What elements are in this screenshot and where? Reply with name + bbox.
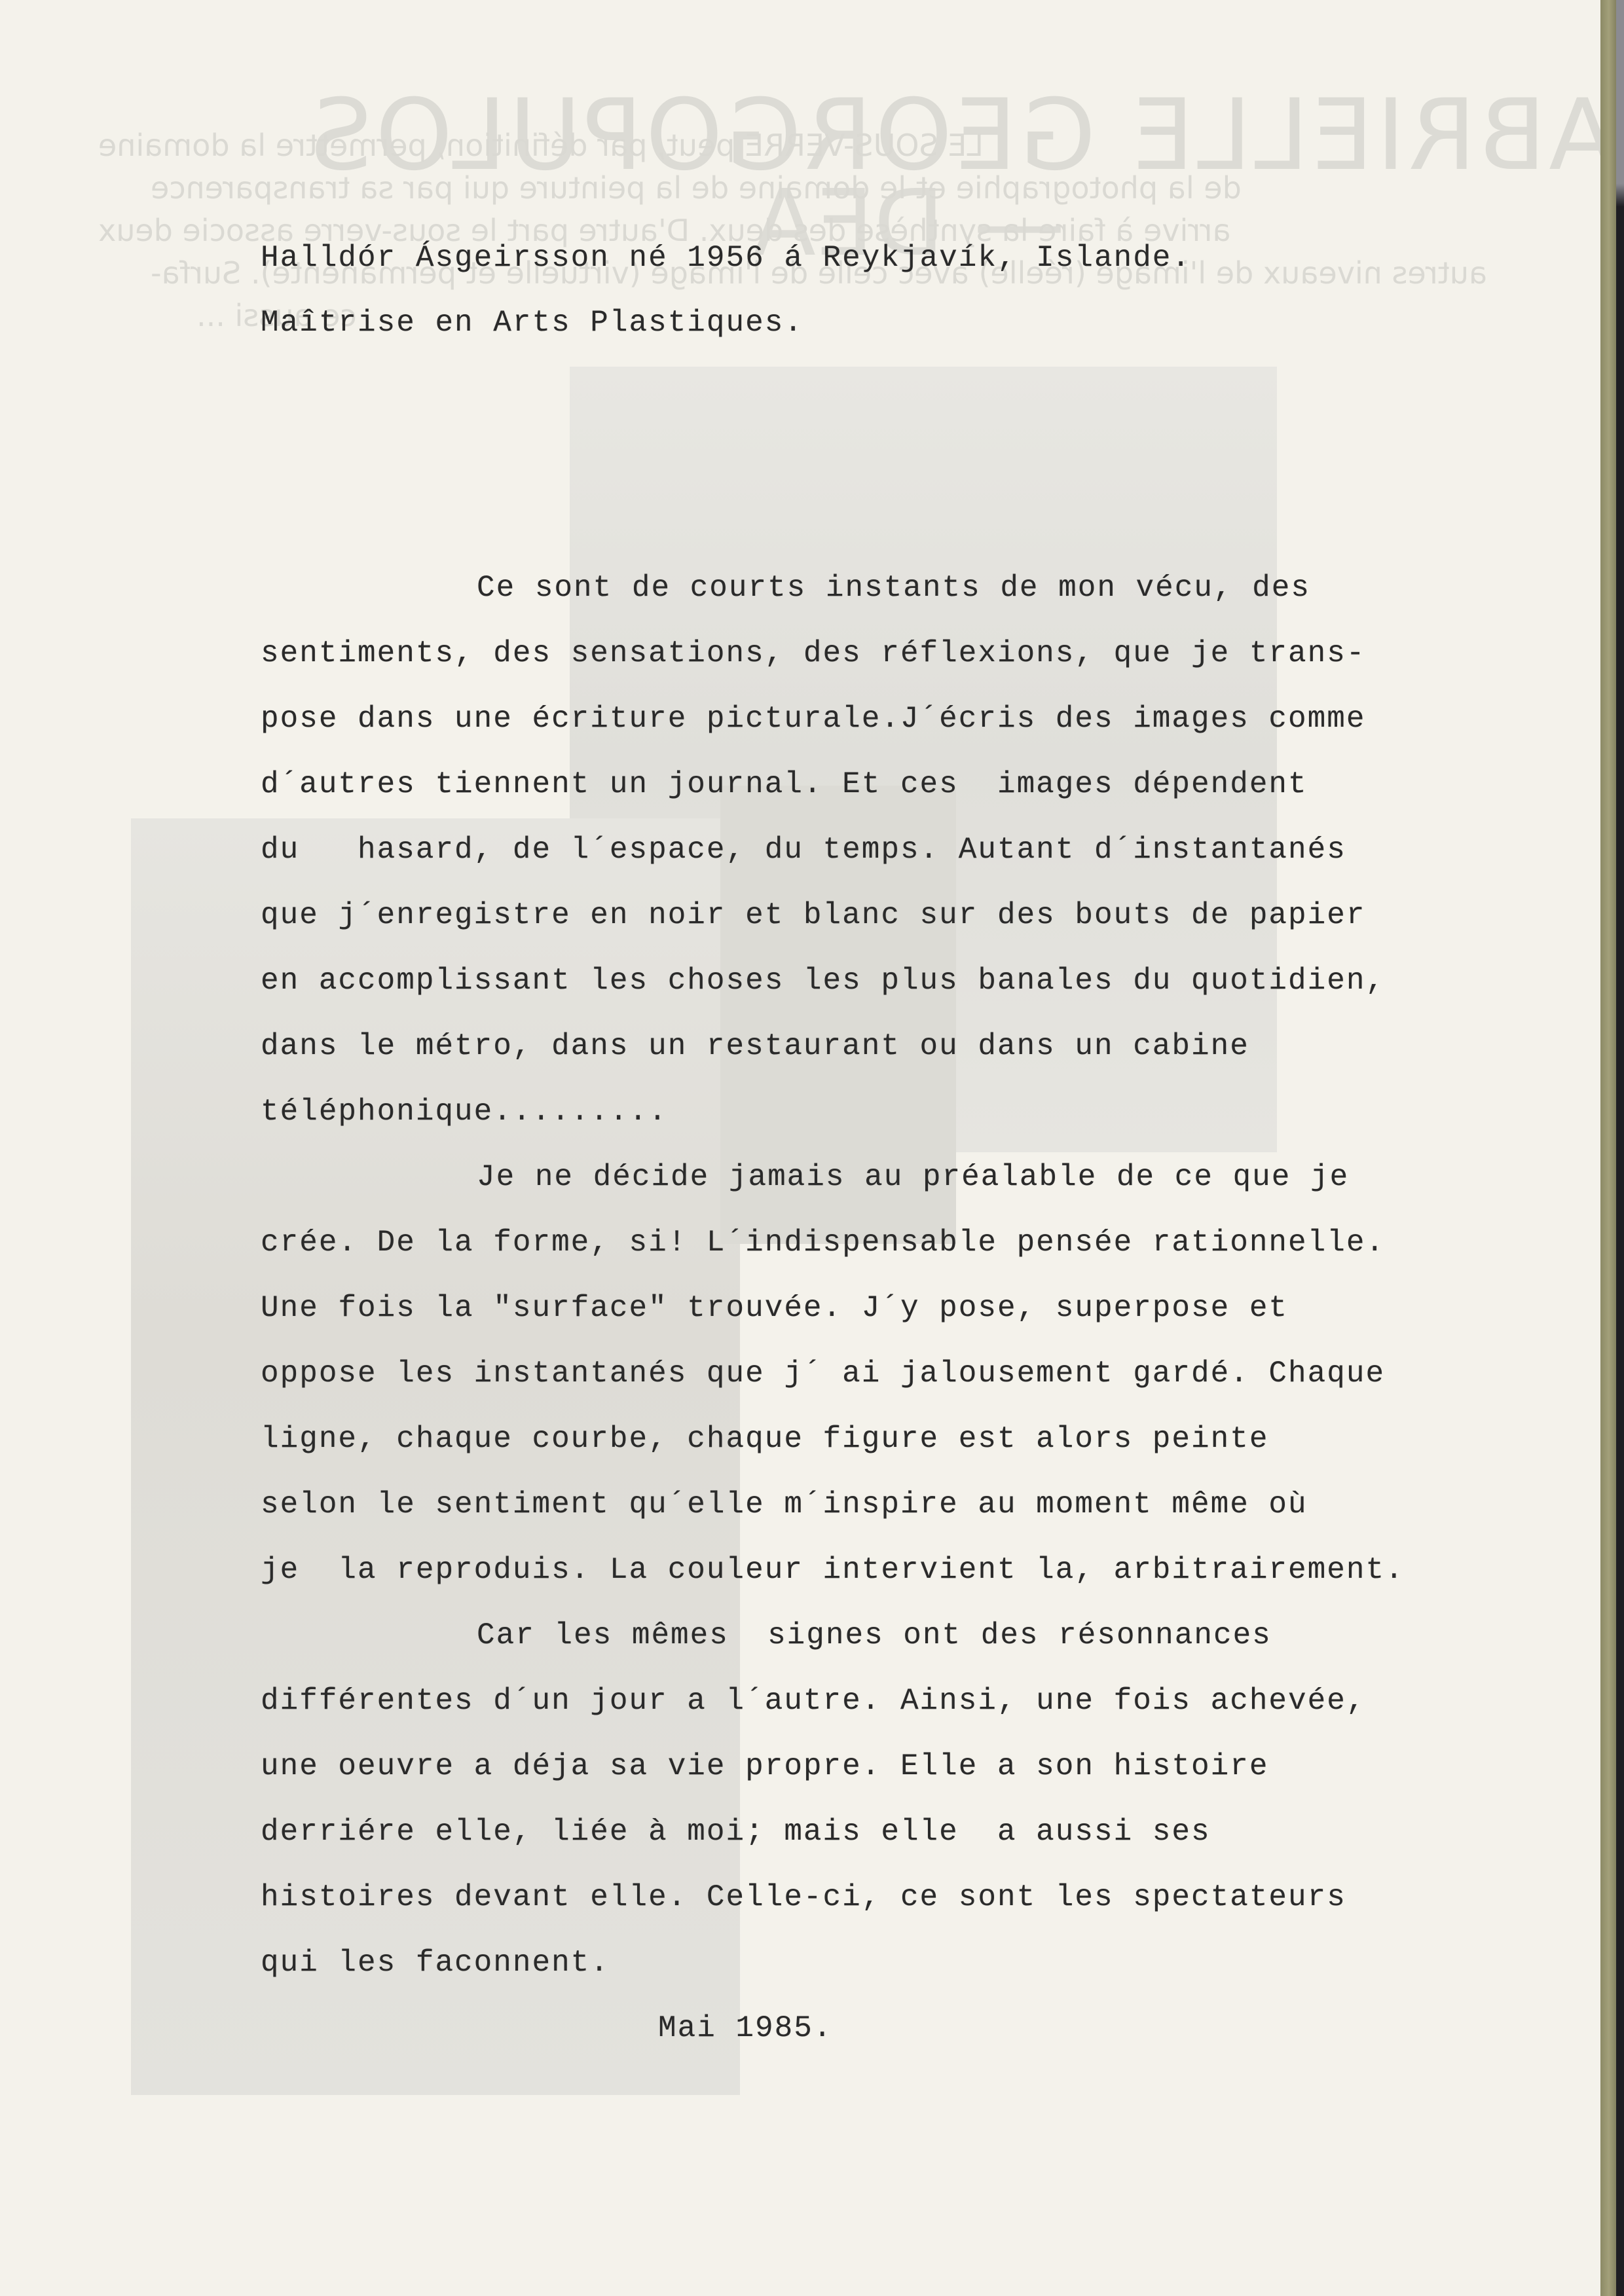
- text-line: derriére elle, liée à moi; mais elle a a…: [261, 1815, 1211, 1849]
- text-line: crée. De la forme, si! L´indispensable p…: [261, 1226, 1385, 1260]
- show-through-title: GABRIELLE GEORGOPULOS: [308, 79, 1601, 192]
- document-date: Mai 1985.: [658, 2011, 832, 2045]
- text-line: Car les mêmes signes ont des résonnances: [477, 1618, 1272, 1652]
- text-line: oppose les instantanés que j´ ai jalouse…: [261, 1357, 1385, 1391]
- text-line: différentes d´un jour a l´autre. Ainsi, …: [261, 1684, 1365, 1718]
- text-line: du hasard, de l´espace, du temps. Autant…: [261, 833, 1346, 867]
- author-line: Halldór Ásgeirsson né 1956 á Reykjavík, …: [261, 241, 1191, 275]
- show-through-line: de la photographie et le domaine de la p…: [151, 167, 1242, 209]
- text-line: Une fois la "surface" trouvée. J´y pose,…: [261, 1291, 1288, 1325]
- degree-line: Maîtrise en Arts Plastiques.: [261, 306, 803, 340]
- show-through-line: LE SOUS-VERRE peut, par définition, perm…: [98, 124, 984, 166]
- text-line: en accomplissant les choses les plus ban…: [261, 964, 1385, 998]
- text-line: histoires devant elle. Celle-ci, ce sont…: [261, 1880, 1346, 1914]
- text-line: une oeuvre a déja sa vie propre. Elle a …: [261, 1749, 1268, 1783]
- text-line: dans le métro, dans un restaurant ou dan…: [261, 1029, 1249, 1063]
- text-line: ligne, chaque courbe, chaque figure est …: [261, 1422, 1268, 1456]
- text-line: d´autres tiennent un journal. Et ces ima…: [261, 767, 1308, 801]
- text-line: pose dans une écriture picturale.J´écris…: [261, 702, 1365, 736]
- scan-background-edge: [1616, 0, 1624, 2296]
- text-line: selon le sentiment qu´elle m´inspire au …: [261, 1487, 1308, 1522]
- text-line: Je ne décide jamais au préalable de ce q…: [477, 1160, 1349, 1194]
- text-line: je la reproduis. La couleur intervient l…: [261, 1553, 1405, 1587]
- text-line: Ce sont de courts instants de mon vécu, …: [477, 571, 1310, 605]
- text-line: téléphonique.........: [261, 1095, 668, 1129]
- text-line: que j´enregistre en noir et blanc sur de…: [261, 898, 1365, 932]
- paper-edge: [1600, 0, 1617, 2296]
- document-page: GABRIELLE GEORGOPULOS — DEA LE SOUS-VERR…: [0, 0, 1601, 2296]
- text-line: sentiments, des sensations, des réflexio…: [261, 636, 1365, 670]
- text-line: qui les faconnent.: [261, 1946, 610, 1980]
